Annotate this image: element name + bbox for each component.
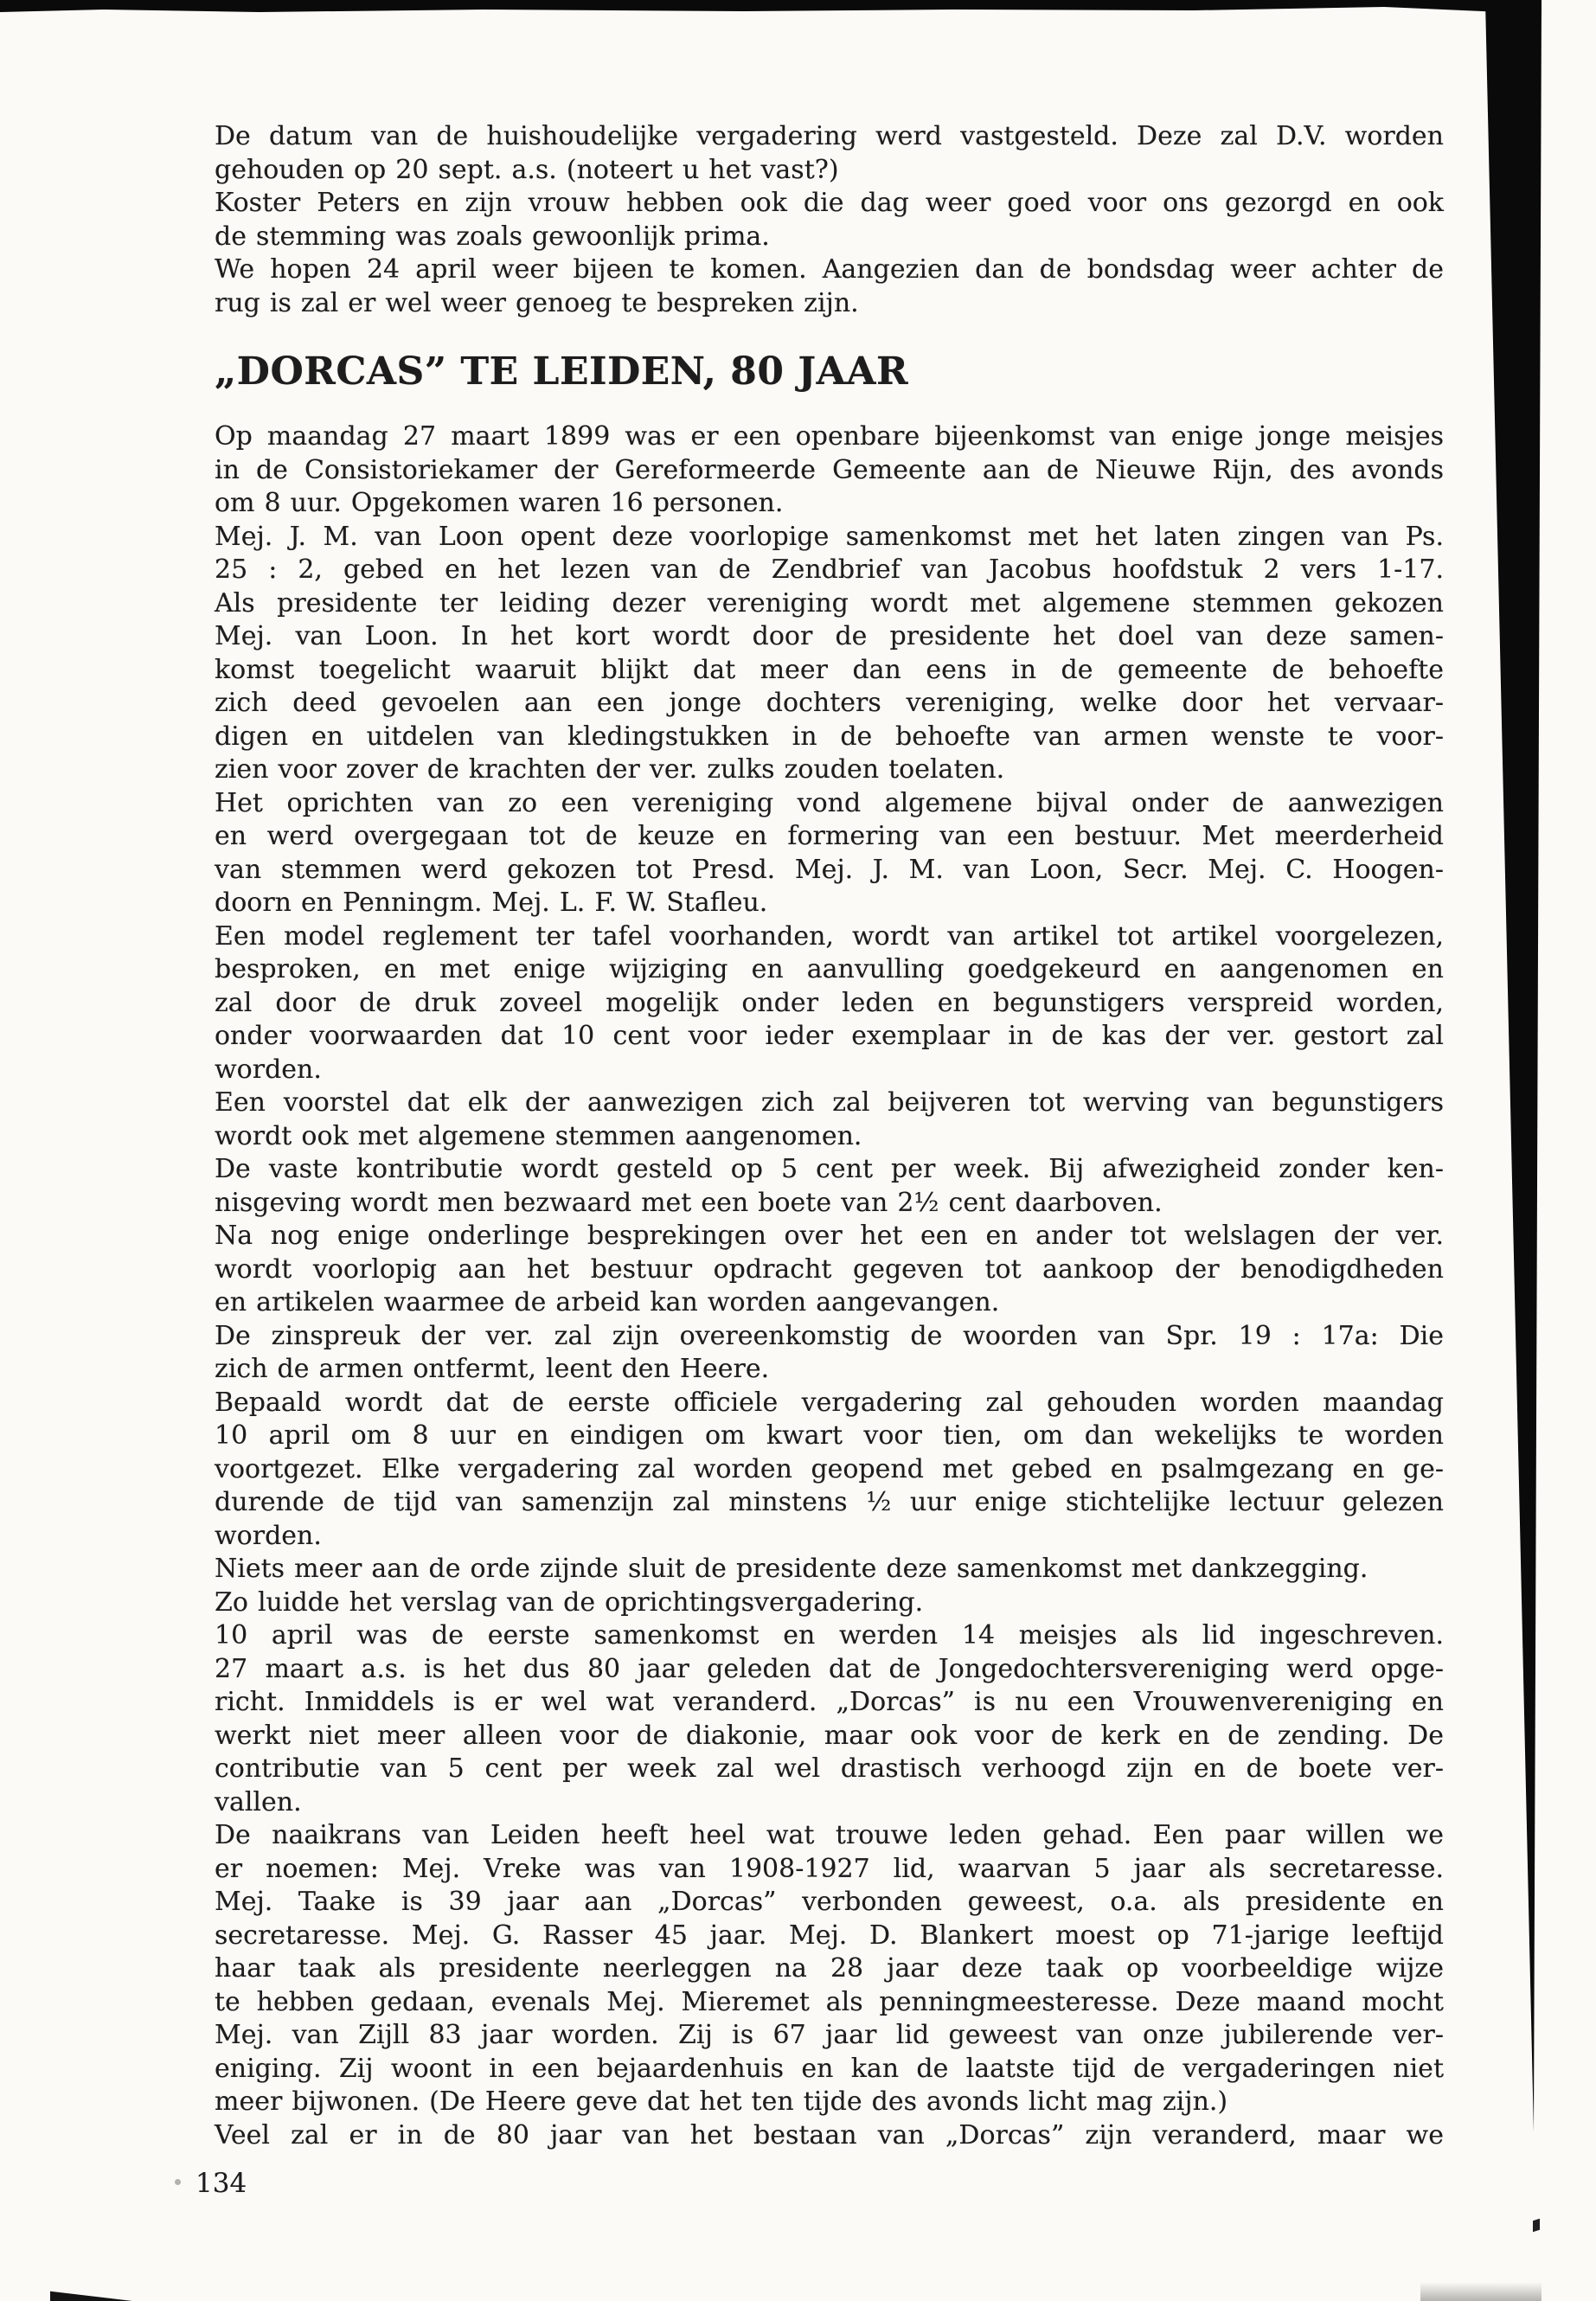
paragraph: Op maandag 27 maart 1899 was er een open… <box>215 420 1444 521</box>
text-line: doorn en Penningm. Mej. L. F. W. Stafleu… <box>215 887 1444 920</box>
text-line: en werd overgegaan tot de keuze en forme… <box>215 820 1444 854</box>
text-line: haar taak als presidente neerleggen na 2… <box>215 1952 1444 1986</box>
text-line: er noemen: Mej. Vreke was van 1908-1927 … <box>215 1853 1444 1887</box>
paragraph: De vaste kontributie wordt gesteld op 5 … <box>215 1153 1444 1220</box>
text-line: worden. <box>215 1520 1444 1554</box>
paragraph: De zinspreuk der ver. zal zijn overeenko… <box>215 1320 1444 1387</box>
text-line: 10 april was de eerste samenkomst en wer… <box>215 1619 1444 1653</box>
text-line: worden. <box>215 1054 1444 1087</box>
text-line: voortgezet. Elke vergadering zal worden … <box>215 1453 1444 1487</box>
text-line: Bepaald wordt dat de eerste officiele ve… <box>215 1387 1444 1420</box>
text-line: De vaste kontributie wordt gesteld op 5 … <box>215 1153 1444 1187</box>
article-body: Op maandag 27 maart 1899 was er een open… <box>215 420 1444 2152</box>
text-line: de stemming was zoals gewoonlijk prima. <box>215 221 1444 254</box>
text-line: Zo luidde het verslag van de oprichtings… <box>215 1586 1444 1620</box>
text-line: Koster Peters en zijn vrouw hebben ook d… <box>215 187 1444 221</box>
text-line: om 8 uur. Opgekomen waren 16 personen. <box>215 487 1444 521</box>
text-line: 25 : 2, gebed en het lezen van de Zendbr… <box>215 554 1444 587</box>
text-line: Niets meer aan de orde zijnde sluit de p… <box>215 1553 1444 1586</box>
scan-edge-bottom-left <box>50 2288 132 2301</box>
paragraph: Een model reglement ter tafel voorhanden… <box>215 920 1444 1087</box>
text-line: We hopen 24 april weer bijeen te komen. … <box>215 253 1444 287</box>
text-line: richt. Inmiddels is er wel wat veranderd… <box>215 1686 1444 1720</box>
text-line: zal door de druk zoveel mogelijk onder l… <box>215 987 1444 1021</box>
scan-edge-top-bar <box>0 0 1542 14</box>
paragraph: 10 april was de eerste samenkomst en wer… <box>215 1619 1444 1819</box>
text-line: gehouden op 20 sept. a.s. (noteert u het… <box>215 154 1444 188</box>
text-line: contributie van 5 cent per week zal wel … <box>215 1753 1444 1786</box>
text-line: Mej. van Zijll 83 jaar worden. Zij is 67… <box>215 2019 1444 2053</box>
text-line: zich de armen ontfermt, leent den Heere. <box>215 1353 1444 1387</box>
paragraph: Koster Peters en zijn vrouw hebben ook d… <box>215 187 1444 253</box>
text-line: Een model reglement ter tafel voorhanden… <box>215 920 1444 954</box>
text-line: De zinspreuk der ver. zal zijn overeenko… <box>215 1320 1444 1354</box>
text-line: Het oprichten van zo een vereniging vond… <box>215 787 1444 821</box>
text-line: komst toegelicht waaruit blijkt dat meer… <box>215 654 1444 688</box>
text-line: te hebben gedaan, evenals Mej. Mieremet … <box>215 1986 1444 2020</box>
text-line: digen en uitdelen van kledingstukken in … <box>215 721 1444 754</box>
text-line: Veel zal er in de 80 jaar van het bestaa… <box>215 2119 1444 2153</box>
text-line: meer bijwonen. (De Heere geve dat het te… <box>215 2086 1444 2119</box>
scan-smudge-bottom-right <box>1420 2282 1542 2301</box>
scan-mark-right-edge <box>1533 2219 1540 2233</box>
text-line: Een voorstel dat elk der aanwezigen zich… <box>215 1086 1444 1120</box>
paragraph: Het oprichten van zo een vereniging vond… <box>215 787 1444 920</box>
text-line: werkt niet meer alleen voor de diakonie,… <box>215 1720 1444 1753</box>
text-line: van stemmen werd gekozen tot Presd. Mej.… <box>215 854 1444 888</box>
paragraph: De datum van de huishoudelijke vergaderi… <box>215 120 1444 187</box>
text-line: Na nog enige onderlinge besprekingen ove… <box>215 1220 1444 1253</box>
text-line: durende de tijd van samenzijn zal minste… <box>215 1486 1444 1520</box>
scanned-page: De datum van de huishoudelijke vergaderi… <box>0 0 1596 2301</box>
text-line: zien voor zover de krachten der ver. zul… <box>215 753 1444 787</box>
text-line: secretaresse. Mej. G. Rasser 45 jaar. Me… <box>215 1920 1444 1953</box>
paragraph: Bepaald wordt dat de eerste officiele ve… <box>215 1387 1444 1554</box>
paragraph: De naaikrans van Leiden heeft heel wat t… <box>215 1819 1444 2119</box>
text-line: Mej. van Loon. In het kort wordt door de… <box>215 620 1444 654</box>
page-number: 134 <box>175 2166 247 2201</box>
text-line: 27 maart a.s. is het dus 80 jaar geleden… <box>215 1653 1444 1687</box>
text-line: Mej. J. M. van Loon opent deze voorlopig… <box>215 521 1444 554</box>
page-number-text: 134 <box>195 2168 247 2199</box>
text-line: De datum van de huishoudelijke vergaderi… <box>215 120 1444 154</box>
scan-edge-right-wedge <box>1479 0 1542 2132</box>
text-line: zich deed gevoelen aan een jonge dochter… <box>215 687 1444 721</box>
text-line: Mej. Taake is 39 jaar aan „Dorcas” verbo… <box>215 1886 1444 1920</box>
text-line: wordt ook met algemene stemmen aangenome… <box>215 1120 1444 1154</box>
scan-smudge-dot <box>175 2179 181 2185</box>
text-line: eniging. Zij woont in een bejaardenhuis … <box>215 2053 1444 2086</box>
paragraph: Veel zal er in de 80 jaar van het bestaa… <box>215 2119 1444 2153</box>
paragraph: Mej. J. M. van Loon opent deze voorlopig… <box>215 521 1444 787</box>
text-line: en artikelen waarmee de arbeid kan worde… <box>215 1286 1444 1320</box>
text-line: De naaikrans van Leiden heeft heel wat t… <box>215 1819 1444 1853</box>
paragraph: We hopen 24 april weer bijeen te komen. … <box>215 253 1444 320</box>
article-heading: „DORCAS” TE LEIDEN, 80 JAAR <box>215 353 908 391</box>
text-line: Op maandag 27 maart 1899 was er een open… <box>215 420 1444 454</box>
text-line: in de Consistoriekamer der Gereformeerde… <box>215 454 1444 488</box>
text-line: rug is zal er wel weer genoeg te besprek… <box>215 287 1444 321</box>
text-line: Als presidente ter leiding dezer verenig… <box>215 587 1444 621</box>
text-line: wordt voorlopig aan het bestuur opdracht… <box>215 1253 1444 1287</box>
text-line: vallen. <box>215 1786 1444 1820</box>
paragraph: Een voorstel dat elk der aanwezigen zich… <box>215 1086 1444 1153</box>
intro-section: De datum van de huishoudelijke vergaderi… <box>215 120 1444 320</box>
paragraph: Na nog enige onderlinge besprekingen ove… <box>215 1220 1444 1320</box>
text-line: 10 april om 8 uur en eindigen om kwart v… <box>215 1420 1444 1453</box>
text-line: onder voorwaarden dat 10 cent voor ieder… <box>215 1020 1444 1054</box>
text-line: nisgeving wordt men bezwaard met een boe… <box>215 1187 1444 1221</box>
paragraph: Zo luidde het verslag van de oprichtings… <box>215 1586 1444 1620</box>
text-line: besproken, en met enige wijziging en aan… <box>215 953 1444 987</box>
paragraph: Niets meer aan de orde zijnde sluit de p… <box>215 1553 1444 1586</box>
